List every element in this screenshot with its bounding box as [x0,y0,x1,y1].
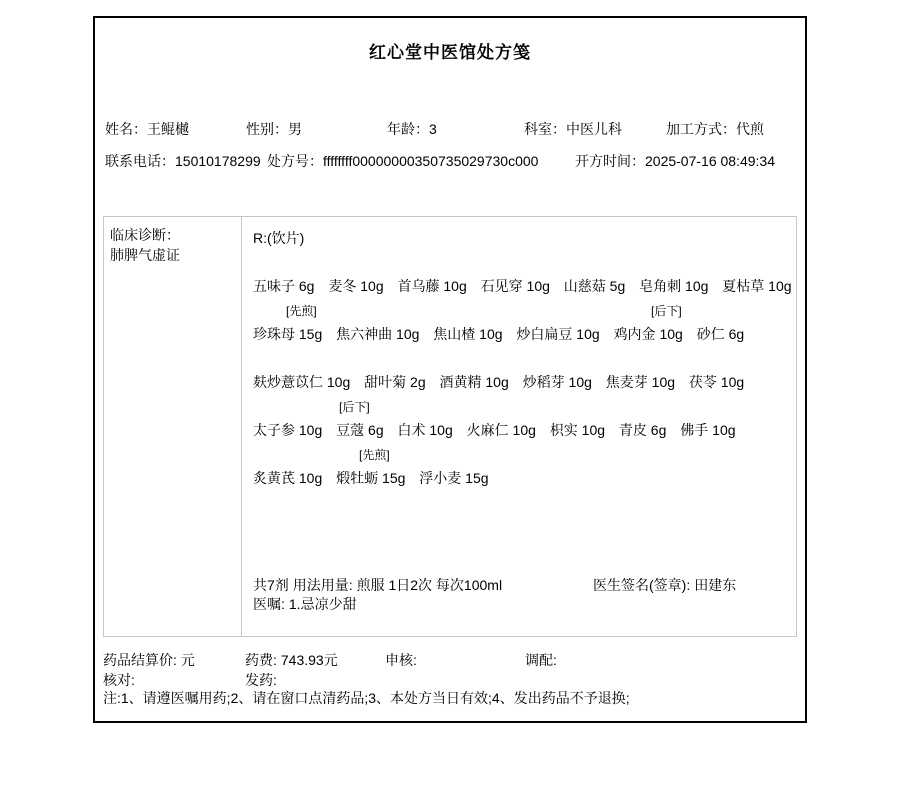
patient-info-row-1: 姓名：王鲲樾 性别：男 年龄：3 科室：中医儿科 加工方式：代煎 [95,119,805,137]
patient-name-field: 姓名：王鲲樾 [105,119,189,139]
total-doses: 共7剂 [253,577,289,593]
processing-method-value: 代煎 [736,121,764,137]
herb-item: 炒稻芽 10g [523,373,592,391]
herb-annotation-row-2-empty [253,352,788,366]
review-field: 申核: [385,650,417,670]
patient-age-value: 3 [429,121,437,137]
herb-row-4: 太子参 10g 豆蔻 6g 白术 10g 火麻仁 10g 枳实 10g 青皮 6… [253,421,788,439]
herb-item: 茯苓 10g [689,373,744,391]
issue-time-field: 开方时间：2025-07-16 08:49:34 [575,151,775,171]
note-text: 注:1、请遵医嘱用药;2、请在窗口点清药品;3、本处方当日有效;4、发出药品不予… [103,688,630,708]
clinical-diagnosis-value: 肺脾气虚证 [110,247,180,263]
rx-footer: 共7剂用法用量: 煎服 1日2次 每次100ml 医生签名(签章):田建东 医嘱… [253,576,786,613]
add-later-annotation: [后下] [651,304,682,318]
contact-phone-field: 联系电话：15010178299 [105,151,261,171]
herb-item: 夏枯草 10g [722,277,791,295]
herb-annotation-row-3: [后下] [253,400,788,414]
patient-info-row-2: 联系电话：15010178299 处方号：ffffffff00000000350… [95,151,805,169]
herb-item: 焦六神曲 10g [336,325,419,343]
document-title: 红心堂中医馆处方笺 [95,38,805,63]
prescription-number-value: ffffffff00000000350735029730c000 [323,153,538,169]
settlement-price-field: 药品结算价:元 [103,650,195,670]
add-later-annotation: [后下] [339,400,370,414]
department-field: 科室：中医儿科 [524,119,622,139]
herb-item: 焦山楂 10g [433,325,502,343]
processing-method-label: 加工方式： [666,121,736,137]
prescription-number-field: 处方号：ffffffff00000000350735029730c000 [267,151,538,171]
herb-item: 酒黄精 10g [440,373,509,391]
rx-header: R:(饮片) [253,229,788,247]
patient-gender-value: 男 [288,121,302,137]
issue-medicine-field: 发药: [245,670,277,690]
department-value: 中医儿科 [566,121,622,137]
medicine-fee-value: 743.93元 [281,652,338,668]
decoct-first-annotation: [先煎] [359,448,390,462]
medicine-fee-field: 药费:743.93元 [245,650,338,670]
herb-row-1: 五味子 6g 麦冬 10g 首乌藤 10g 石见穿 10g 山慈菇 5g 皂角刺… [253,277,788,295]
processing-method-field: 加工方式：代煎 [666,119,764,139]
medical-advice-label: 医嘱: [253,596,285,612]
review-label: 申核: [385,652,417,668]
medical-advice-line: 医嘱:1.忌凉少甜 [253,595,786,613]
herb-item: 火麻仁 10g [467,421,536,439]
usage-line: 共7剂用法用量: 煎服 1日2次 每次100ml 医生签名(签章):田建东 [253,576,786,594]
herb-item: 珍珠母 15g [253,325,322,343]
settlement-price-label: 药品结算价: [103,652,177,668]
prescription-sheet: 红心堂中医馆处方笺 姓名：王鲲樾 性别：男 年龄：3 科室：中医儿科 加工方式：… [93,16,807,723]
doctor-signature-field: 医生签名(签章):田建东 [593,576,736,594]
herb-row-2: 珍珠母 15g 焦六神曲 10g 焦山楂 10g 炒白扁豆 10g 鸡内金 10… [253,325,788,343]
herb-item: 炙黄芪 10g [253,469,322,487]
issue-time-value: 2025-07-16 08:49:34 [645,153,775,169]
herb-item: 炒白扁豆 10g [516,325,599,343]
check-label: 核对: [103,672,135,688]
clinical-diagnosis-cell: 临床诊断：肺脾气虚证 [104,217,242,636]
herb-item: 煅牡蛎 15g [336,469,405,487]
prescription-page: 红心堂中医馆处方笺 姓名：王鲲樾 性别：男 年龄：3 科室：中医儿科 加工方式：… [0,0,900,800]
herb-item: 鸡内金 10g [614,325,683,343]
herb-item: 麦冬 10g [328,277,383,295]
patient-name-value: 王鲲樾 [147,121,189,137]
herb-item: 山慈菇 5g [564,277,625,295]
notes-row: 注:1、请遵医嘱用药;2、请在窗口点清药品;3、本处方当日有效;4、发出药品不予… [95,688,805,707]
settlement-price-unit: 元 [181,652,195,668]
herb-item: 砂仁 6g [697,325,744,343]
herb-item: 白术 10g [398,421,453,439]
herb-item: 太子参 10g [253,421,322,439]
herb-item: 甜叶菊 2g [364,373,425,391]
herb-item: 佛手 10g [680,421,735,439]
clinical-diagnosis-label: 临床诊断： [110,227,180,243]
patient-age-field: 年龄：3 [387,119,437,139]
prescription-number-label: 处方号： [267,153,323,169]
herb-item: 枳实 10g [550,421,605,439]
medicine-fee-label: 药费: [245,652,277,668]
prescription-box: 临床诊断：肺脾气虚证 R:(饮片) 五味子 6g 麦冬 10g 首乌藤 10g … [103,216,797,637]
herb-item: 五味子 6g [253,277,314,295]
herb-item: 焦麦芽 10g [606,373,675,391]
herb-item: 石见穿 10g [481,277,550,295]
medical-advice-value: 1.忌凉少甜 [289,596,357,612]
patient-name-label: 姓名： [105,121,147,137]
prescription-content-cell: R:(饮片) 五味子 6g 麦冬 10g 首乌藤 10g 石见穿 10g 山慈菇… [243,217,796,636]
dispense-label: 调配: [525,652,557,668]
doctor-signature-name: 田建东 [694,577,736,593]
fee-row: 药品结算价:元 药费:743.93元 申核: 调配: [95,650,805,669]
patient-gender-field: 性别：男 [246,119,302,139]
herb-item: 首乌藤 10g [398,277,467,295]
herb-item: 浮小麦 15g [419,469,488,487]
herb-item: 青皮 6g [619,421,666,439]
contact-phone-label: 联系电话： [105,153,175,169]
contact-phone-value: 15010178299 [175,153,261,169]
department-label: 科室： [524,121,566,137]
check-row: 核对: 发药: [95,670,805,689]
herb-row-5: 炙黄芪 10g 煅牡蛎 15g 浮小麦 15g [253,469,788,487]
dispense-field: 调配: [525,650,557,670]
issue-medicine-label: 发药: [245,672,277,688]
herb-row-3: 麸炒薏苡仁 10g 甜叶菊 2g 酒黄精 10g 炒稻芽 10g 焦麦芽 10g… [253,373,788,391]
decoct-first-annotation: [先煎] [286,304,317,318]
patient-age-label: 年龄： [387,121,429,137]
patient-gender-label: 性别： [246,121,288,137]
herb-item: 豆蔻 6g [336,421,383,439]
check-field: 核对: [103,670,135,690]
usage-instructions: 用法用量: 煎服 1日2次 每次100ml [293,577,502,593]
herb-annotation-row-1: [先煎] [后下] [253,304,788,318]
herb-annotation-row-4: [先煎] [253,448,788,462]
herb-item: 皂角刺 10g [639,277,708,295]
herb-item: 麸炒薏苡仁 10g [253,373,350,391]
doctor-signature-label: 医生签名(签章): [593,577,690,593]
issue-time-label: 开方时间： [575,153,645,169]
